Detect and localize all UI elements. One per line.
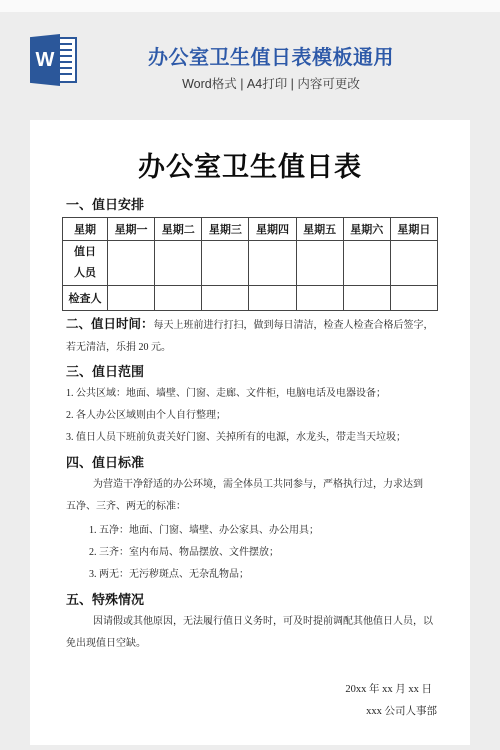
duty-cell-empty xyxy=(296,241,343,286)
word-icon-letter: W xyxy=(36,49,55,72)
section-4-intro-line-2: 五净、三齐、两无的标准： xyxy=(66,496,437,518)
col-header-tue: 星期二 xyxy=(155,218,202,241)
duty-cell-empty xyxy=(202,241,249,286)
inspector-cell-empty xyxy=(108,286,155,311)
row-label-duty-person: 值日人员 xyxy=(63,241,108,286)
page-title: 办公室卫生值日表模板通用 xyxy=(42,46,500,70)
section-4-item-1: 1. 五净：地面、门窗、墙壁、办公家具、办公用具； xyxy=(89,520,437,542)
section-2-line-1: 二、值日时间：每天上班前进行打扫，做到每日清洁，检查人检查合格后签字， xyxy=(66,313,437,337)
signature-date: 20xx 年 xx 月 xx 日 xyxy=(30,679,437,701)
section-1-heading: 一、值日安排 xyxy=(66,194,470,216)
row-label-inspector: 检查人 xyxy=(63,286,108,311)
section-3-item-2: 2. 各人办公区域则由个人自行整理； xyxy=(66,405,437,427)
col-header-fri: 星期五 xyxy=(296,218,343,241)
col-header-week: 星期 xyxy=(63,218,108,241)
col-header-thu: 星期四 xyxy=(249,218,296,241)
duty-cell-empty xyxy=(108,241,155,286)
duty-cell-empty xyxy=(155,241,202,286)
inspector-cell-empty xyxy=(343,286,390,311)
section-4-heading: 四、值日标准 xyxy=(66,452,470,474)
section-4-intro-line-1: 为营造干净舒适的办公环境，需全体员工共同参与，严格执行过，力求达到 xyxy=(66,474,437,496)
inspector-cell-empty xyxy=(249,286,296,311)
word-file-icon: W xyxy=(30,34,78,86)
inspector-cell-empty xyxy=(296,286,343,311)
section-4-item-3: 3. 两无：无污秽斑点、无杂乱物品； xyxy=(89,564,437,586)
section-5-heading: 五、特殊情况 xyxy=(66,589,470,611)
section-5-line-2: 免出现值日空缺。 xyxy=(66,633,437,655)
document-title: 办公室卫生值日表 xyxy=(30,147,470,187)
section-4-item-2: 2. 三齐：室内布局、物品摆放、文件摆放； xyxy=(89,542,437,564)
section-3-heading: 三、值日范围 xyxy=(66,361,470,383)
duty-cell-empty xyxy=(249,241,296,286)
template-page-header: W 办公室卫生值日表模板通用 Word格式 | A4打印 | 内容可更改 xyxy=(0,12,500,120)
inspector-row: 检查人 xyxy=(63,286,438,311)
section-2-line-2: 若无清洁，乐捐 20 元。 xyxy=(66,337,437,359)
col-header-sat: 星期六 xyxy=(343,218,390,241)
inspector-cell-empty xyxy=(202,286,249,311)
duty-person-row: 值日人员 xyxy=(63,241,438,286)
document-page: 办公室卫生值日表 一、值日安排 星期 星期一 星期二 星期三 星期四 星期五 星… xyxy=(30,120,470,745)
word-icon-flag: W xyxy=(30,34,60,86)
table-header-row: 星期 星期一 星期二 星期三 星期四 星期五 星期六 星期日 xyxy=(63,218,438,241)
top-strip xyxy=(0,0,500,12)
col-header-sun: 星期日 xyxy=(390,218,437,241)
section-5-line-1: 因请假或其他原因，无法履行值日义务时，可及时提前调配其他值日人员，以 xyxy=(66,611,437,633)
inspector-cell-empty xyxy=(155,286,202,311)
duty-cell-empty xyxy=(390,241,437,286)
duty-cell-empty xyxy=(343,241,390,286)
signature-department: xxx 公司人事部 xyxy=(30,701,437,723)
section-3-item-1: 1. 公共区域：地面、墙壁、门窗、走廊、文件柜，电脑电话及电器设备； xyxy=(66,383,437,405)
col-header-mon: 星期一 xyxy=(108,218,155,241)
section-3-item-3: 3. 值日人员下班前负责关好门窗、关掉所有的电源，水龙头，带走当天垃圾； xyxy=(66,427,437,449)
inspector-cell-empty xyxy=(390,286,437,311)
col-header-wed: 星期三 xyxy=(202,218,249,241)
duty-roster-table: 星期 星期一 星期二 星期三 星期四 星期五 星期六 星期日 值日人员 检查人 xyxy=(62,217,438,311)
section-2-heading: 二、值日时间： xyxy=(66,317,154,331)
page-subtitle: Word格式 | A4打印 | 内容可更改 xyxy=(42,76,500,92)
